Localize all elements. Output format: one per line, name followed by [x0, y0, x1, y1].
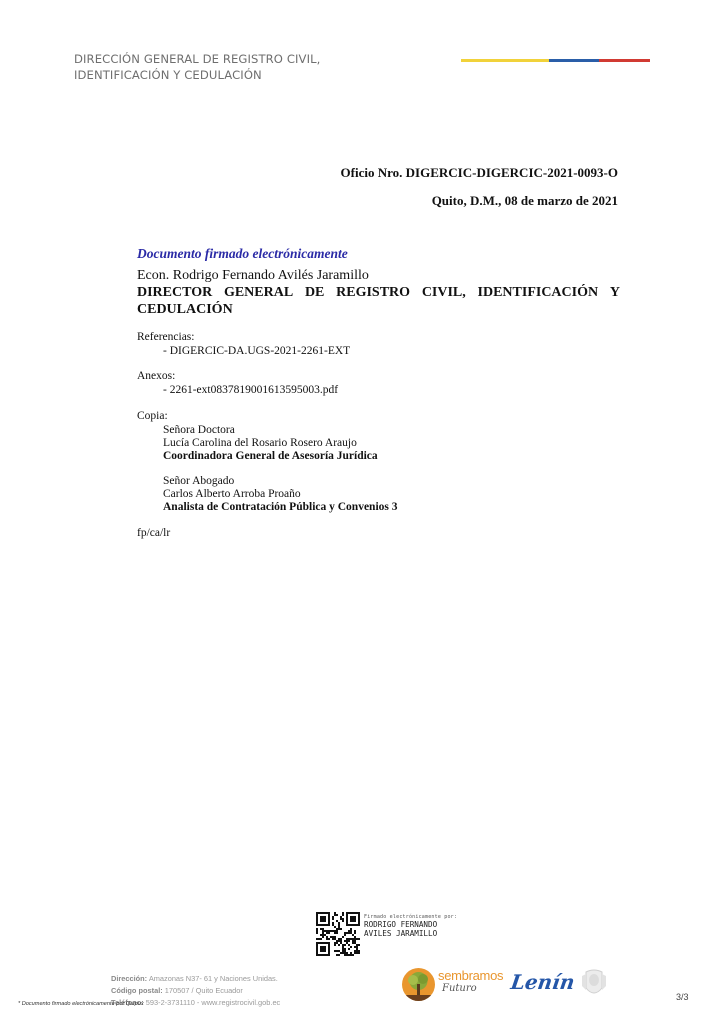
postal-label: Código postal: [111, 986, 163, 995]
stamp-line-2: AVILES JARAMILLO [364, 929, 457, 938]
tree-logo-icon [402, 968, 435, 1001]
annexes-label: Anexos: [137, 370, 175, 382]
flag-red [599, 59, 650, 62]
signed-label: Documento firmado electrónicamente [137, 246, 348, 262]
signer-title-line-2: CEDULACIÓN [137, 301, 620, 318]
signer-title-word: CIVIL, [422, 284, 466, 301]
postal-value: 170507 / Quito Ecuador [165, 986, 243, 995]
oficio-number: Oficio Nro. DIGERCIC-DIGERCIC-2021-0093-… [341, 165, 618, 181]
signer-title-word: REGISTRO [336, 284, 410, 301]
page-number: 3/3 [676, 992, 689, 1002]
coat-of-arms-icon [580, 968, 608, 1002]
qr-code [316, 912, 360, 956]
copy-2-salutation: Señor Abogado [163, 475, 234, 487]
copy-label: Copia: [137, 410, 168, 422]
signer-title-word: Y [610, 284, 620, 301]
copy-1-salutation: Señora Doctora [163, 424, 235, 436]
signature-stamp: Firmado electrónicamente por: RODRIGO FE… [364, 914, 457, 938]
signer-title-word: GENERAL [224, 284, 293, 301]
flag-blue [549, 59, 599, 62]
copy-1-name: Lucía Carolina del Rosario Rosero Araujo [163, 437, 357, 449]
signer-title-line-1: DIRECTORGENERALDEREGISTROCIVIL,IDENTIFIC… [137, 284, 620, 301]
flag-yellow [461, 59, 549, 62]
logo-lenin: Lenín [509, 970, 576, 994]
signer-name: Econ. Rodrigo Fernando Avilés Jaramillo [137, 268, 369, 284]
stamp-line-1: RODRIGO FERNANDO [364, 920, 457, 929]
references-label: Referencias: [137, 331, 194, 343]
phone-value: 593-2-3731110 - www.registrocivil.gob.ec [146, 998, 280, 1007]
address-value: Amazonas N37- 61 y Naciones Unidas. [149, 974, 278, 983]
reference-item: - DIGERCIC-DA.UGS-2021-2261-EXT [163, 345, 350, 357]
copy-2-name: Carlos Alberto Arroba Proaño [163, 488, 301, 500]
signer-title-word: DIRECTOR [137, 284, 212, 301]
initials: fp/ca/lr [137, 527, 170, 539]
signer-title-word: DE [305, 284, 324, 301]
signer-title: DIRECTORGENERALDEREGISTROCIVIL,IDENTIFIC… [137, 284, 620, 318]
copy-1-role: Coordinadora General de Asesoría Jurídic… [163, 450, 378, 462]
copy-2-role: Analista de Contratación Pública y Conve… [163, 501, 398, 513]
institution-name: DIRECCIÓN GENERAL DE REGISTRO CIVIL, IDE… [74, 52, 320, 83]
place-date: Quito, D.M., 08 de marzo de 2021 [432, 193, 618, 209]
institution-line-2: IDENTIFICACIÓN Y CEDULACIÓN [74, 68, 320, 84]
signer-title-word: IDENTIFICACIÓN [478, 284, 599, 301]
quipux-note: * Documento firmado electrónicamente por… [18, 1001, 144, 1007]
address-label: Dirección: [111, 974, 147, 983]
annex-item[interactable]: - 2261-ext0837819001613595003.pdf [163, 384, 338, 396]
logo-sembramos: sembramos [438, 968, 503, 983]
institution-line-1: DIRECCIÓN GENERAL DE REGISTRO CIVIL, [74, 52, 320, 68]
logo-futuro: Futuro [442, 983, 477, 994]
flag-stripe [461, 59, 650, 62]
